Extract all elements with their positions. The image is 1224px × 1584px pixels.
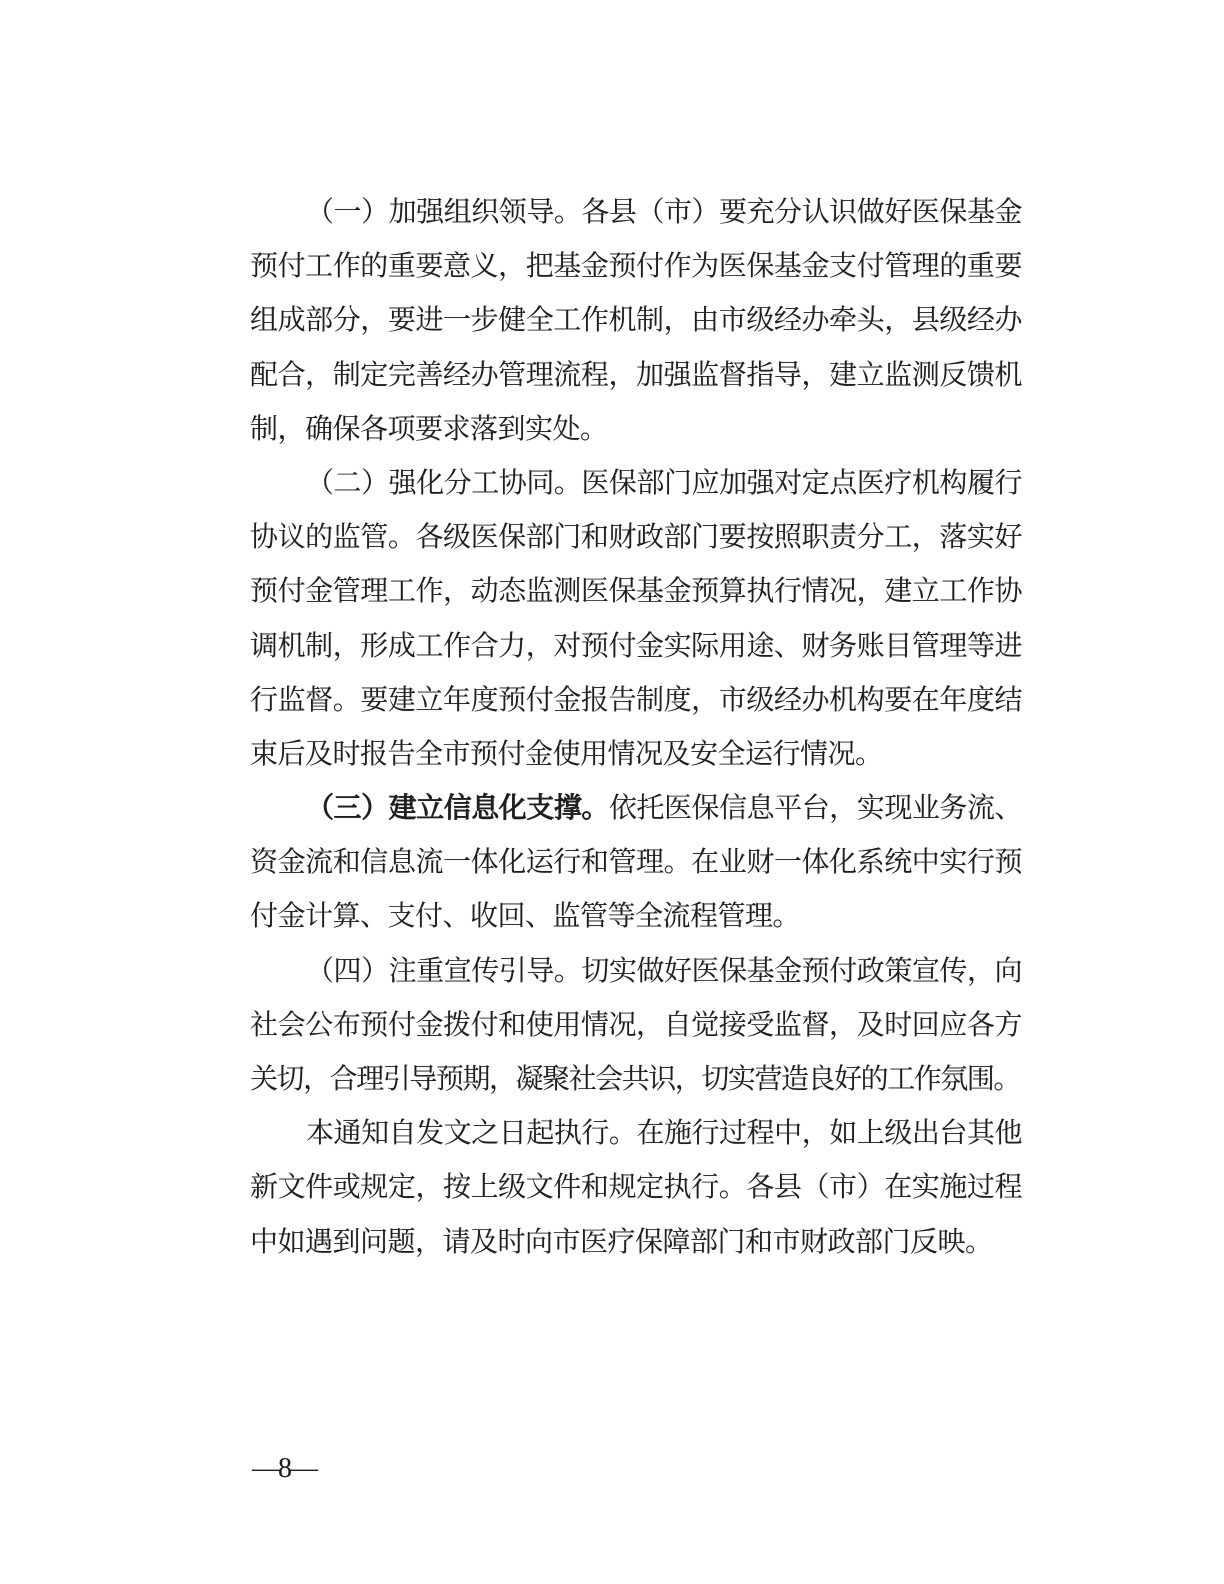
item-3-establish-information-support: （三）建立信息化支撑。依托医保信息平台，实现业务流、资金流和信息流一体化运行和管… [250,782,1022,945]
text-line: 束后及时报告全市预付金使用情况及安全运行情况。 [250,728,1022,782]
text-line: 调机制，形成工作合力，对预付金实际用途、财务账目管理等进 [250,620,1022,674]
item-1-strengthen-organizational-leadership: （一）加强组织领导。各县（市）要充分认识做好医保基金预付工作的重要意义，把基金预… [250,186,1022,457]
text-line: 制，确保各项要求落到实处。 [250,403,1022,457]
text-line: 预付工作的重要意义，把基金预付作为医保基金支付管理的重要 [250,240,1022,294]
text-line: 中如遇到问题，请及时向市医疗保障部门和市财政部门反映。 [250,1216,1022,1270]
text-line: 协议的监管。各级医保部门和财政部门要按照职责分工，落实好 [250,511,1022,565]
text-line: 本通知自发文之日起执行。在施行过程中，如上级出台其他 [250,1107,1022,1161]
closing-effective-date-paragraph: 本通知自发文之日起执行。在施行过程中，如上级出台其他新文件或规定，按上级文件和规… [250,1107,1022,1270]
text-line: 配合，制定完善经办管理流程，加强监督指导，建立监测反馈机 [250,349,1022,403]
text-line: 预付金管理工作，动态监测医保基金预算执行情况，建立工作协 [250,565,1022,619]
text-line: 行监督。要建立年度预付金报告制度，市级经办机构要在年度结 [250,674,1022,728]
text-line: 关切，合理引导预期，凝聚社会共识，切实营造良好的工作氛围。 [250,1053,1022,1107]
item-2-strengthen-division-of-labor-coordination: （二）强化分工协同。医保部门应加强对定点医疗机构履行协议的监管。各级医保部门和财… [250,457,1022,782]
item-4-emphasize-publicity-guidance: （四）注重宣传引导。切实做好医保基金预付政策宣传，向社会公布预付金拨付和使用情况… [250,945,1022,1108]
text-line: 社会公布预付金拨付和使用情况，自觉接受监督，及时回应各方 [250,999,1022,1053]
text-line: （二）强化分工协同。医保部门应加强对定点医疗机构履行 [250,457,1022,511]
text-line: 付金计算、支付、收回、监管等全流程管理。 [250,890,1022,944]
text-line: （一）加强组织领导。各县（市）要充分认识做好医保基金 [250,186,1022,240]
page-number: —8— [252,1452,316,1486]
document-body: （一）加强组织领导。各县（市）要充分认识做好医保基金预付工作的重要意义，把基金预… [250,186,1022,1270]
text-line: （三）建立信息化支撑。依托医保信息平台，实现业务流、 [250,782,1022,836]
item-heading: （三）建立信息化支撑。 [306,793,609,824]
text-line: 新文件或规定，按上级文件和规定执行。各县（市）在实施过程 [250,1161,1022,1215]
text-line: 组成部分，要进一步健全工作机制，由市级经办牵头，县级经办 [250,294,1022,348]
document-page: （一）加强组织领导。各县（市）要充分认识做好医保基金预付工作的重要意义，把基金预… [0,0,1224,1584]
text-line: 资金流和信息流一体化运行和管理。在业财一体化系统中实行预 [250,836,1022,890]
text-line: （四）注重宣传引导。切实做好医保基金预付政策宣传，向 [250,945,1022,999]
